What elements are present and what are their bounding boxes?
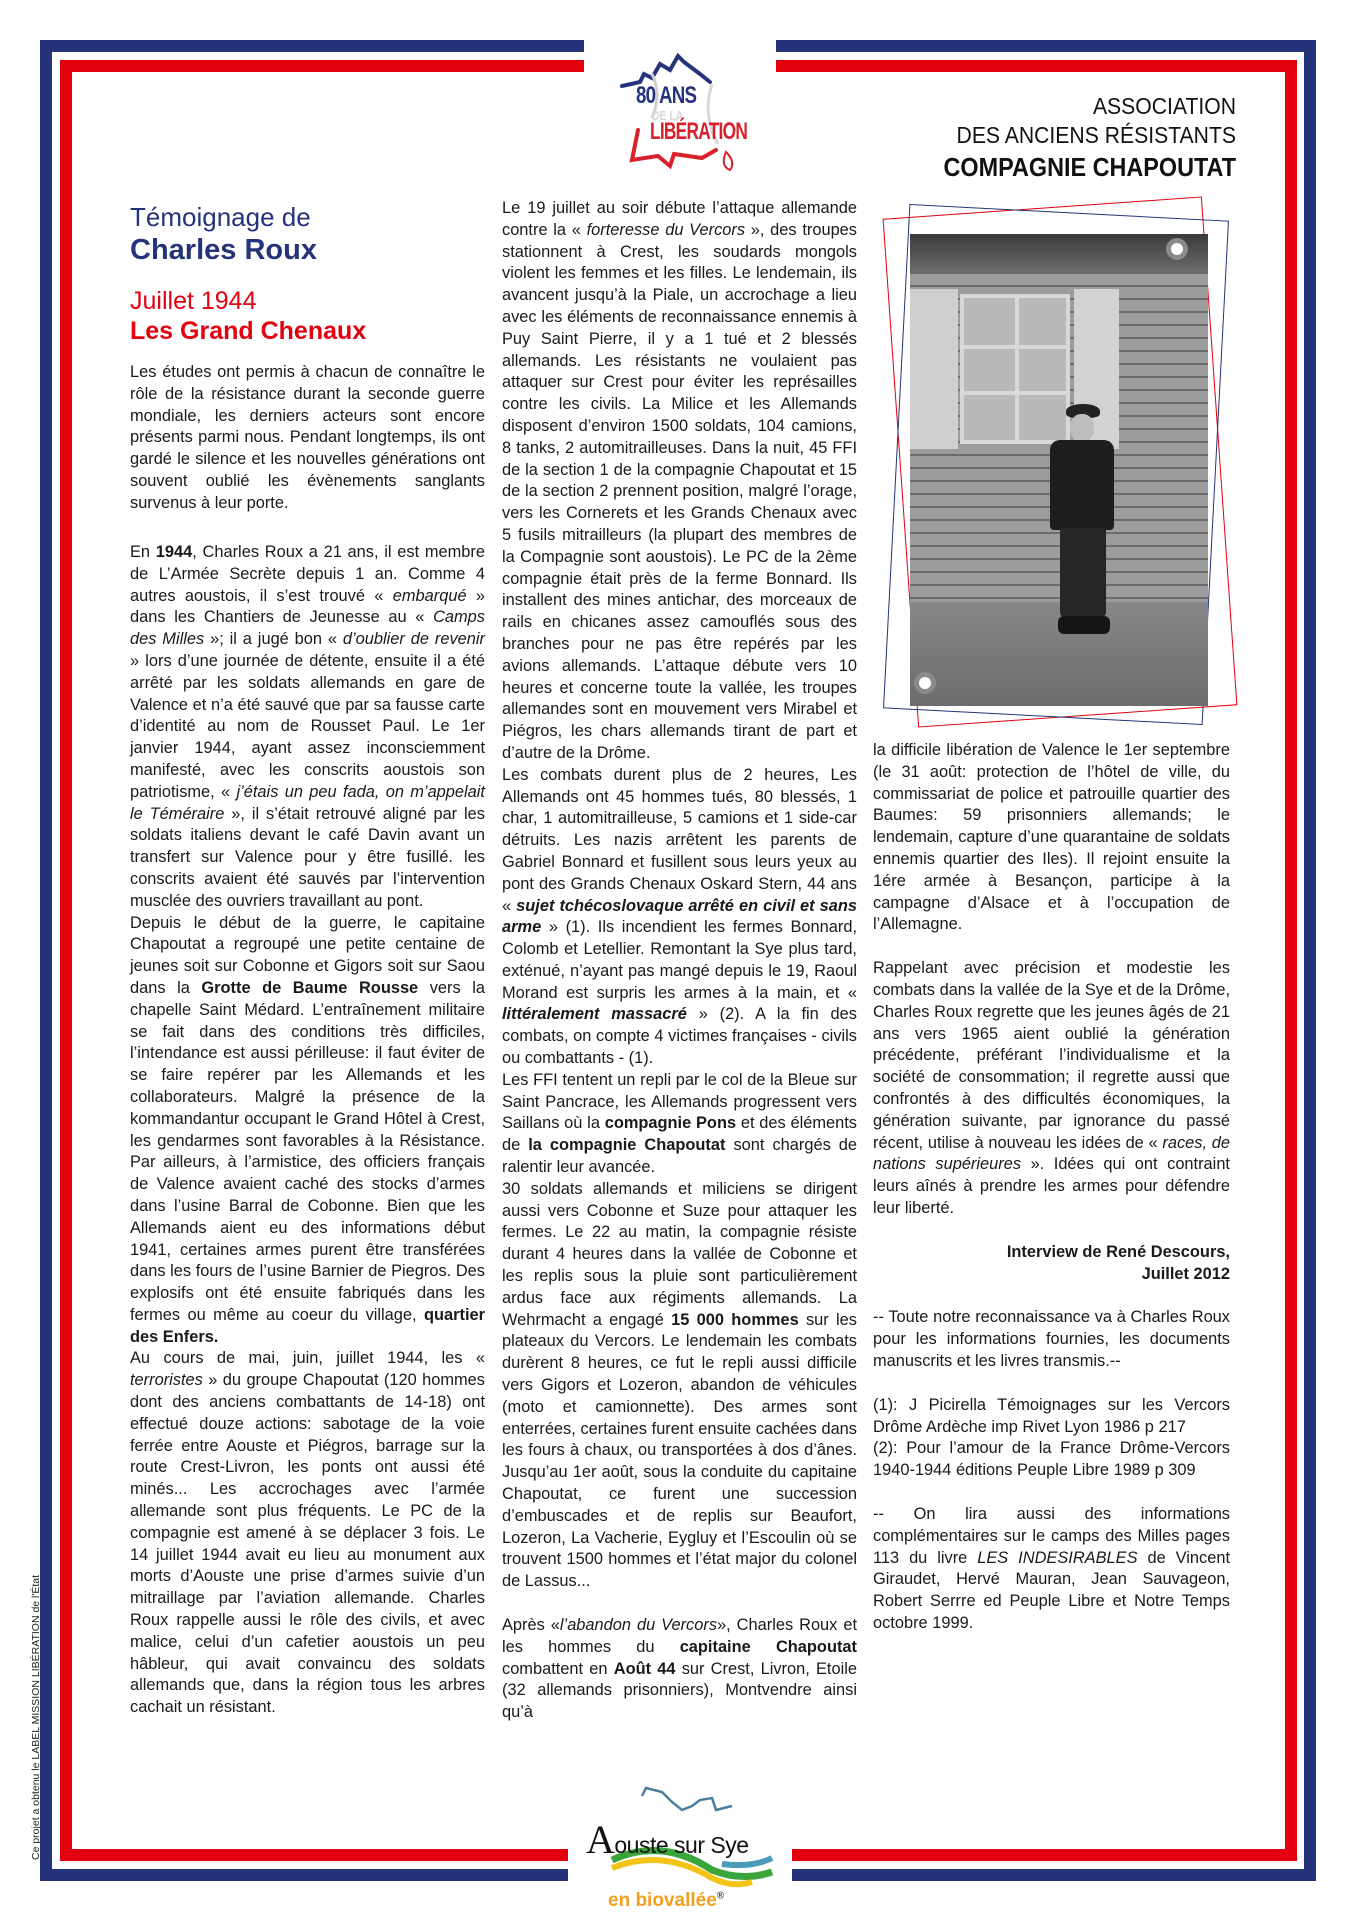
association-line-1: ASSOCIATION [937,92,1236,120]
biovallee-tagline: en biovallée® [608,1890,724,1912]
association-header: ASSOCIATION DES ANCIENS RÉSISTANTS COMPA… [911,92,1236,184]
logo-line-liberation: LIBÉRATION [650,118,747,146]
title-block: Témoignage de Charles Roux Juillet 1944 … [130,202,366,346]
association-name: COMPAGNIE CHAPOUTAT [944,150,1237,184]
paragraph-chapoutat: Depuis le début de la guerre, le capitai… [130,913,485,1349]
title-name: Charles Roux [130,232,366,268]
paragraph-combats: Les combats durent plus de 2 heures, Les… [502,765,857,1070]
paragraph-attaque: Le 19 juillet au soir débute l’attaque a… [502,198,857,765]
intro-paragraph: Les études ont permis à chacun de connaî… [130,362,485,515]
liberation-80-logo: 80 ANS DE LA LIBÉRATION [592,34,772,174]
signature-line-2: Juillet 2012 [873,1264,1230,1286]
paragraph-rappelant: Rappelant avec précision et modestie les… [873,958,1230,1220]
aouste-sur-sye-logo: Aouste sur Sye en biovallée® [572,1782,792,1920]
column-1: En 1944, Charles Roux a 21 ans, il est m… [130,542,485,1719]
column-2: Le 19 juillet au soir débute l’attaque a… [502,198,857,1724]
title-place: Les Grand Chenaux [130,316,366,346]
paragraph-1944: En 1944, Charles Roux a 21 ans, il est m… [130,542,485,913]
column-1-intro: Les études ont permis à chacun de connaî… [130,362,485,515]
photo-image [910,234,1208,706]
column-3: la difficile libération de Valence le 1e… [873,740,1230,1635]
title-prefix: Témoignage de [130,202,366,232]
further-reading: -- On lira aussi des informations complé… [873,1504,1230,1635]
person-figure [1042,402,1122,642]
eyelet-icon [914,672,936,694]
portrait-photo [890,212,1230,717]
association-line-2: DES ANCIENS RÉSISTANTS [937,120,1236,150]
title-date: Juillet 1944 [130,286,366,316]
label-mission-liberation-note: Ce projet a obtenu le LABEL MISSION LIBÉ… [30,1575,42,1860]
paragraph-actions: Au cours de mai, juin, juillet 1944, les… [130,1348,485,1719]
paragraph-repli: Les FFI tentent un repli par le col de l… [502,1070,857,1179]
reference-2: (2): Pour l’amour de la France Drôme-Ver… [873,1438,1230,1482]
paragraph-valence: la difficile libération de Valence le 1e… [873,740,1230,936]
paragraph-aout-44: Après «l’abandon du Vercors», Charles Ro… [502,1615,857,1724]
reference-1: (1): J Picirella Témoignages sur les Ver… [873,1395,1230,1439]
thanks-paragraph: -- Toute notre reconnaissance va à Charl… [873,1307,1230,1372]
paragraph-cobonne: 30 soldats allemands et miliciens se dir… [502,1179,857,1593]
signature-line-1: Interview de René Descours, [873,1242,1230,1264]
logo-line-80-ans: 80 ANS [636,82,696,110]
aouste-town-name: Aouste sur Sye [586,1816,749,1863]
eyelet-icon [1166,238,1188,260]
